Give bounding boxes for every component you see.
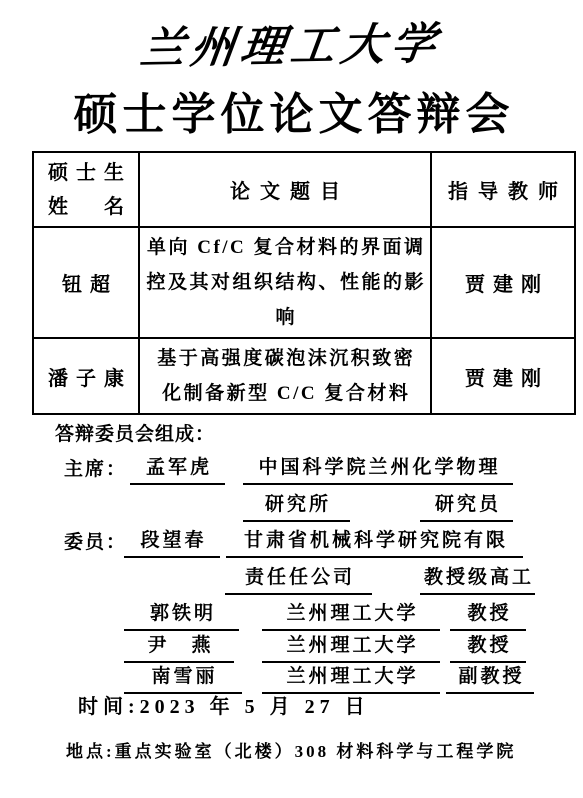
member-label: 委员：	[64, 528, 127, 558]
chair-job-title-field: 研究员	[420, 490, 513, 522]
table-header-row: 硕 士 生 姓 名 论文题目 指导教师	[33, 152, 575, 227]
thesis-line: 化制备新型 C/C 复合材料	[144, 376, 426, 411]
header-advisor-cell: 指导教师	[431, 152, 575, 227]
location-line: 地点:重点实验室（北楼）308 材料科学与工程学院	[66, 737, 516, 762]
defense-announcement-page: 兰州理工大学 硕士学位论文答辩会 硕 士 生 姓 名 论文题目 指导教师 钮超 …	[0, 0, 583, 798]
advisor-name: 贾建刚	[431, 338, 575, 414]
table-row: 钮超 单向 Cf/C 复合材料的界面调 控及其对组织结构、性能的影 响 贾建刚	[33, 227, 575, 338]
advisor-name: 贾建刚	[431, 227, 575, 338]
student-name: 钮超	[33, 227, 139, 338]
thesis-title: 单向 Cf/C 复合材料的界面调 控及其对组织结构、性能的影 响	[139, 227, 431, 338]
member-job-title-field: 副教授	[446, 662, 534, 694]
member-job-title-field: 教授	[450, 599, 526, 631]
header-thesis-title-cell: 论文题目	[139, 152, 431, 227]
member-job-title-field: 教授	[450, 631, 526, 663]
table-row: 潘子康 基于高强度碳泡沫沉积致密 化制备新型 C/C 复合材料 贾建刚	[33, 338, 575, 414]
header-student-name-cell: 硕 士 生 姓 名	[33, 152, 139, 227]
university-logo-calligraphy: 兰州理工大学	[0, 5, 583, 79]
member-job-title-field: 教授级高工	[420, 563, 535, 595]
chair-label: 主席：	[64, 455, 127, 485]
chair-affiliation-field-line1: 中国科学院兰州化学物理	[243, 453, 513, 485]
chair-affiliation-field-line2: 研究所	[243, 490, 350, 522]
student-name: 潘子康	[33, 338, 139, 414]
member-affiliation-field: 兰州理工大学	[262, 599, 440, 631]
page-title: 硕士学位论文答辩会	[0, 78, 583, 142]
member-affiliation-field-line2: 责任任公司	[225, 563, 372, 595]
member-name-field: 段望春	[124, 526, 220, 558]
member-affiliation-field: 兰州理工大学	[262, 631, 440, 663]
member-name-field: 尹 燕	[124, 631, 234, 663]
thesis-line: 控及其对组织结构、性能的影	[144, 265, 426, 300]
thesis-line: 基于高强度碳泡沫沉积致密	[144, 341, 426, 376]
time-line: 时间:2023 年 5 月 27 日	[78, 690, 370, 719]
committee-heading: 答辩委员会组成：	[55, 419, 215, 446]
header-student-line2: 姓 名	[38, 190, 134, 224]
member-name-field: 郭铁明	[124, 599, 239, 631]
thesis-title: 基于高强度碳泡沫沉积致密 化制备新型 C/C 复合材料	[139, 338, 431, 414]
thesis-line: 响	[144, 300, 426, 335]
defense-table: 硕 士 生 姓 名 论文题目 指导教师 钮超 单向 Cf/C 复合材料的界面调 …	[32, 151, 576, 415]
member-affiliation-field-line1: 甘肃省机械科学研究院有限	[226, 526, 523, 558]
header-student-line1: 硕 士 生	[38, 156, 134, 190]
chair-name-field: 孟军虎	[130, 453, 225, 485]
thesis-line: 单向 Cf/C 复合材料的界面调	[144, 230, 426, 265]
